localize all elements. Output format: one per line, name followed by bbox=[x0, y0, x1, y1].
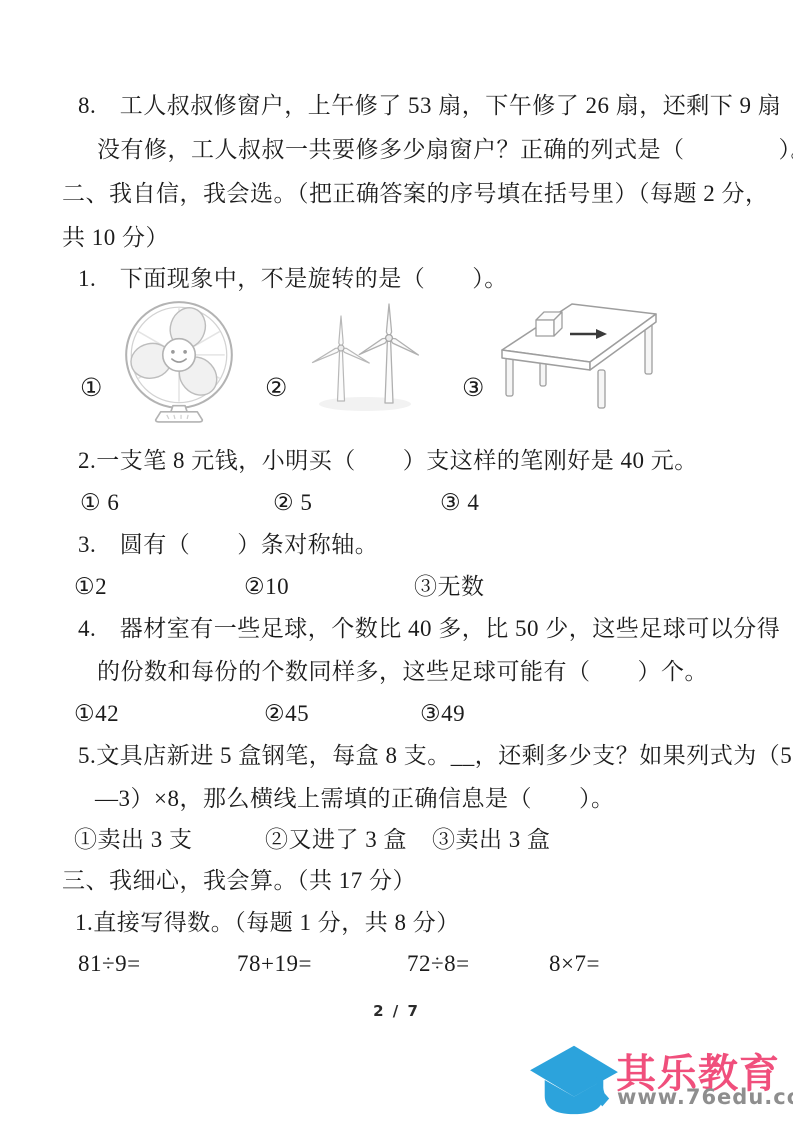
page-number: 2 / 7 bbox=[0, 1002, 793, 1020]
box-cube bbox=[536, 312, 562, 336]
test-paper-page: 8. 工人叔叔修窗户，上午修了 53 扇，下午修了 26 扇，还剩下 9 扇 没… bbox=[0, 0, 793, 1122]
arithmetic-problem-4: 8×7= bbox=[549, 950, 600, 978]
q1-option-label-1: ① bbox=[80, 374, 102, 404]
arithmetic-problem-3: 72÷8= bbox=[407, 950, 470, 978]
wind-turbine-right bbox=[358, 304, 420, 403]
question-2-text: 2.一支笔 8 元钱，小明买（ ）支这样的笔刚好是 40 元。 bbox=[78, 447, 698, 475]
arithmetic-problem-1: 81÷9= bbox=[78, 950, 141, 978]
q2-option-3: ③ 4 bbox=[440, 489, 479, 517]
q3-option-1: ①2 bbox=[74, 573, 107, 601]
arithmetic-problem-2: 78+19= bbox=[237, 950, 312, 978]
brand-url: www.76edu.com bbox=[617, 1085, 793, 1109]
question-4-line-2: 的份数和每份的个数同样多，这些足球可能有（ ）个。 bbox=[97, 658, 708, 686]
q3-option-2: ②10 bbox=[244, 573, 289, 601]
q3-option-3: ③无数 bbox=[414, 573, 485, 601]
question-5-line-1: 5.文具店新进 5 盒钢笔，每盒 8 支。__，还剩多少支？如果列式为（5 bbox=[78, 742, 792, 770]
electric-fan-image bbox=[118, 296, 240, 424]
q5-option-1: ①卖出 3 支 bbox=[74, 826, 193, 854]
q4-option-1: ①42 bbox=[74, 700, 119, 728]
question-3-text: 3. 圆有（ ）条对称轴。 bbox=[78, 531, 378, 559]
question-5-line-2: —3）×8，那么横线上需填的正确信息是（ ）。 bbox=[95, 785, 614, 813]
q4-option-3: ③49 bbox=[420, 700, 465, 728]
question-8-line-2: 没有修，工人叔叔一共要修多少扇窗户？正确的列式是（ ）。 bbox=[97, 136, 793, 164]
q5-option-3: ③卖出 3 盒 bbox=[432, 826, 551, 854]
wind-turbines-image bbox=[303, 300, 428, 415]
fan-smiley-hub bbox=[163, 339, 196, 372]
q2-option-1: ① 6 bbox=[80, 489, 119, 517]
section-3-subtitle: 1.直接写得数。（每题 1 分，共 8 分） bbox=[75, 909, 460, 937]
q4-option-2: ②45 bbox=[264, 700, 309, 728]
question-8-line-1: 8. 工人叔叔修窗户，上午修了 53 扇，下午修了 26 扇，还剩下 9 扇 bbox=[78, 92, 781, 120]
q5-option-2: ②又进了 3 盒 bbox=[265, 826, 407, 854]
table-with-sliding-box-image bbox=[498, 298, 660, 410]
wind-turbine-left bbox=[311, 316, 370, 401]
turbine-ground-shadow bbox=[319, 397, 411, 411]
section-2-title-line-1: 二、我自信，我会选。（把正确答案的序号填在括号里）（每题 2 分， bbox=[62, 180, 769, 208]
table-top bbox=[502, 304, 656, 370]
question-1-text: 1. 下面现象中，不是旋转的是（ ）。 bbox=[78, 265, 508, 293]
section-2-title-line-2: 共 10 分） bbox=[62, 224, 169, 252]
question-4-line-1: 4. 器材室有一些足球，个数比 40 多，比 50 少，这些足球可以分得 bbox=[78, 615, 780, 643]
section-3-title: 三、我细心，我会算。（共 17 分） bbox=[62, 867, 416, 895]
graduation-cap-icon bbox=[528, 1038, 620, 1120]
q2-option-2: ② 5 bbox=[273, 489, 312, 517]
q1-option-label-2: ② bbox=[265, 374, 287, 404]
brand-logo: 其乐教育 www.76edu.com bbox=[528, 1036, 793, 1122]
fan-base bbox=[156, 406, 203, 422]
q1-option-label-3: ③ bbox=[462, 374, 484, 404]
